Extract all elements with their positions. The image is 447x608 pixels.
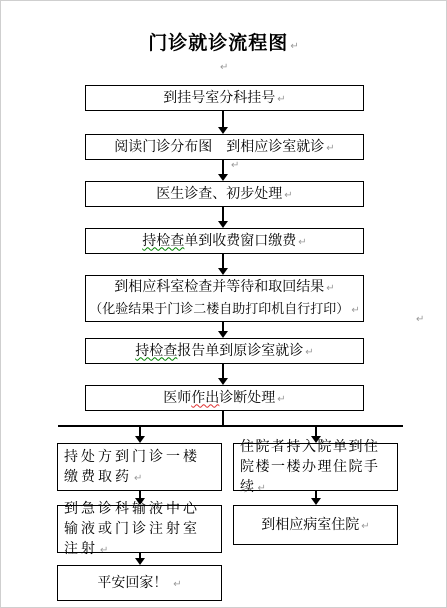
paragraph-mark: ↵ xyxy=(416,314,424,325)
paragraph-mark: ↵ xyxy=(290,41,298,52)
flow-box-home: 平安回家！ ↵ xyxy=(57,565,222,601)
arrow-connector xyxy=(222,322,224,331)
flow-box-doctor-exam: 医生诊查、初步处理↵ xyxy=(85,181,364,207)
paragraph-mark: ↵ xyxy=(173,579,181,590)
flow-box-label: 到相应病室住院↵ xyxy=(261,514,369,537)
paragraph-mark: ↵ xyxy=(277,94,285,105)
paragraph-mark: ↵ xyxy=(326,283,334,294)
paragraph-mark: ↵ xyxy=(134,473,142,484)
flow-box-label: 到急诊科输液中心输液或门诊注射室注射↵ xyxy=(64,498,215,561)
paragraph-mark: ↵ xyxy=(351,305,359,316)
arrow-down-icon xyxy=(218,174,228,181)
paragraph-mark: ↵ xyxy=(361,521,369,532)
arrow-down-icon xyxy=(218,268,228,275)
split-connector-stem xyxy=(222,411,224,426)
flowchart-page: 门诊就诊流程图↵ ↵ 到挂号室分科挂号↵ 阅读门诊分布图 到相应诊室就诊↵ 医生… xyxy=(0,0,447,608)
arrow-down-icon xyxy=(218,378,228,385)
spellcheck-wavy-text: 持检查 xyxy=(142,232,184,248)
flow-box-admission: 住院者持入院单到住院楼一楼办理住院手续↵ xyxy=(233,443,398,491)
flow-box-register: 到挂号室分科挂号↵ xyxy=(85,85,364,111)
flow-box-pay-fee: 持检查单到收费窗口缴费↵ xyxy=(85,228,364,254)
flow-box-label: 医师作出诊断处理↵ xyxy=(163,387,285,410)
paragraph-mark: ↵ xyxy=(277,394,285,405)
arrow-connector xyxy=(139,426,141,436)
flow-box-label: 住院者持入院单到住院楼一楼办理住院手续↵ xyxy=(240,436,391,499)
flow-box-ward: 到相应病室住院↵ xyxy=(233,505,398,545)
arrow-connector xyxy=(222,207,224,221)
flow-box-label: 持处方到门诊一楼缴费取药↵ xyxy=(64,446,215,489)
flow-box-read-map: 阅读门诊分布图 到相应诊室就诊↵ xyxy=(85,134,364,160)
arrow-connector xyxy=(315,491,317,498)
flow-box-label: 医生诊查、初步处理↵ xyxy=(156,183,292,206)
flow-box-label-line1: 到相应科室检查并等待和取回结果↵ xyxy=(114,276,334,299)
arrow-connector xyxy=(222,111,224,127)
arrow-down-icon xyxy=(135,436,145,443)
flow-box-diagnosis: 医师作出诊断处理↵ xyxy=(85,385,364,411)
flow-box-label: 到挂号室分科挂号↵ xyxy=(163,87,285,110)
arrow-down-icon xyxy=(218,221,228,228)
paragraph-mark: ↵ xyxy=(305,347,313,358)
arrow-connector xyxy=(222,254,224,268)
flow-box-label: 持检查单到收费窗口缴费↵ xyxy=(142,230,306,253)
flow-box-dept-check: 到相应科室检查并等待和取回结果↵ （化验结果于门诊二楼自助打印机自行打印）↵ xyxy=(85,275,364,322)
arrow-connector xyxy=(315,426,317,436)
paragraph-mark: ↵ xyxy=(284,190,292,201)
spellcheck-wavy-text: 持检查 xyxy=(135,342,177,358)
flow-box-label: 阅读门诊分布图 到相应诊室就诊↵ xyxy=(114,136,334,159)
paragraph-mark: ↵ xyxy=(231,160,239,171)
flow-box-report-back: 持检查报告单到原诊室就诊↵ xyxy=(85,338,364,364)
arrow-down-icon xyxy=(135,558,145,565)
paragraph-mark: ↵ xyxy=(220,62,228,73)
arrow-connector xyxy=(222,364,224,378)
flow-box-label: 持检查报告单到原诊室就诊↵ xyxy=(135,340,313,363)
page-title-text: 门诊就诊流程图 xyxy=(148,33,288,54)
paragraph-mark: ↵ xyxy=(298,237,306,248)
flow-box-infusion: 到急诊科输液中心输液或门诊注射室注射↵ xyxy=(57,505,222,553)
paragraph-mark: ↵ xyxy=(258,483,266,494)
split-connector-bar xyxy=(58,425,403,427)
flow-box-pharmacy: 持处方到门诊一楼缴费取药↵ xyxy=(57,443,222,491)
flow-box-label-line2: （化验结果于门诊二楼自助打印机自行打印）↵ xyxy=(89,299,359,321)
arrow-down-icon xyxy=(218,331,228,338)
page-title: 门诊就诊流程图↵ xyxy=(0,28,447,55)
paragraph-mark: ↵ xyxy=(326,143,334,154)
arrow-connector xyxy=(222,160,224,174)
arrow-down-icon xyxy=(218,127,228,134)
paragraph-mark: ↵ xyxy=(100,545,108,556)
spellcheck-wavy-text: 作出 xyxy=(191,389,219,405)
flow-box-label: 平安回家！ ↵ xyxy=(97,572,181,595)
arrow-down-icon xyxy=(311,498,321,505)
